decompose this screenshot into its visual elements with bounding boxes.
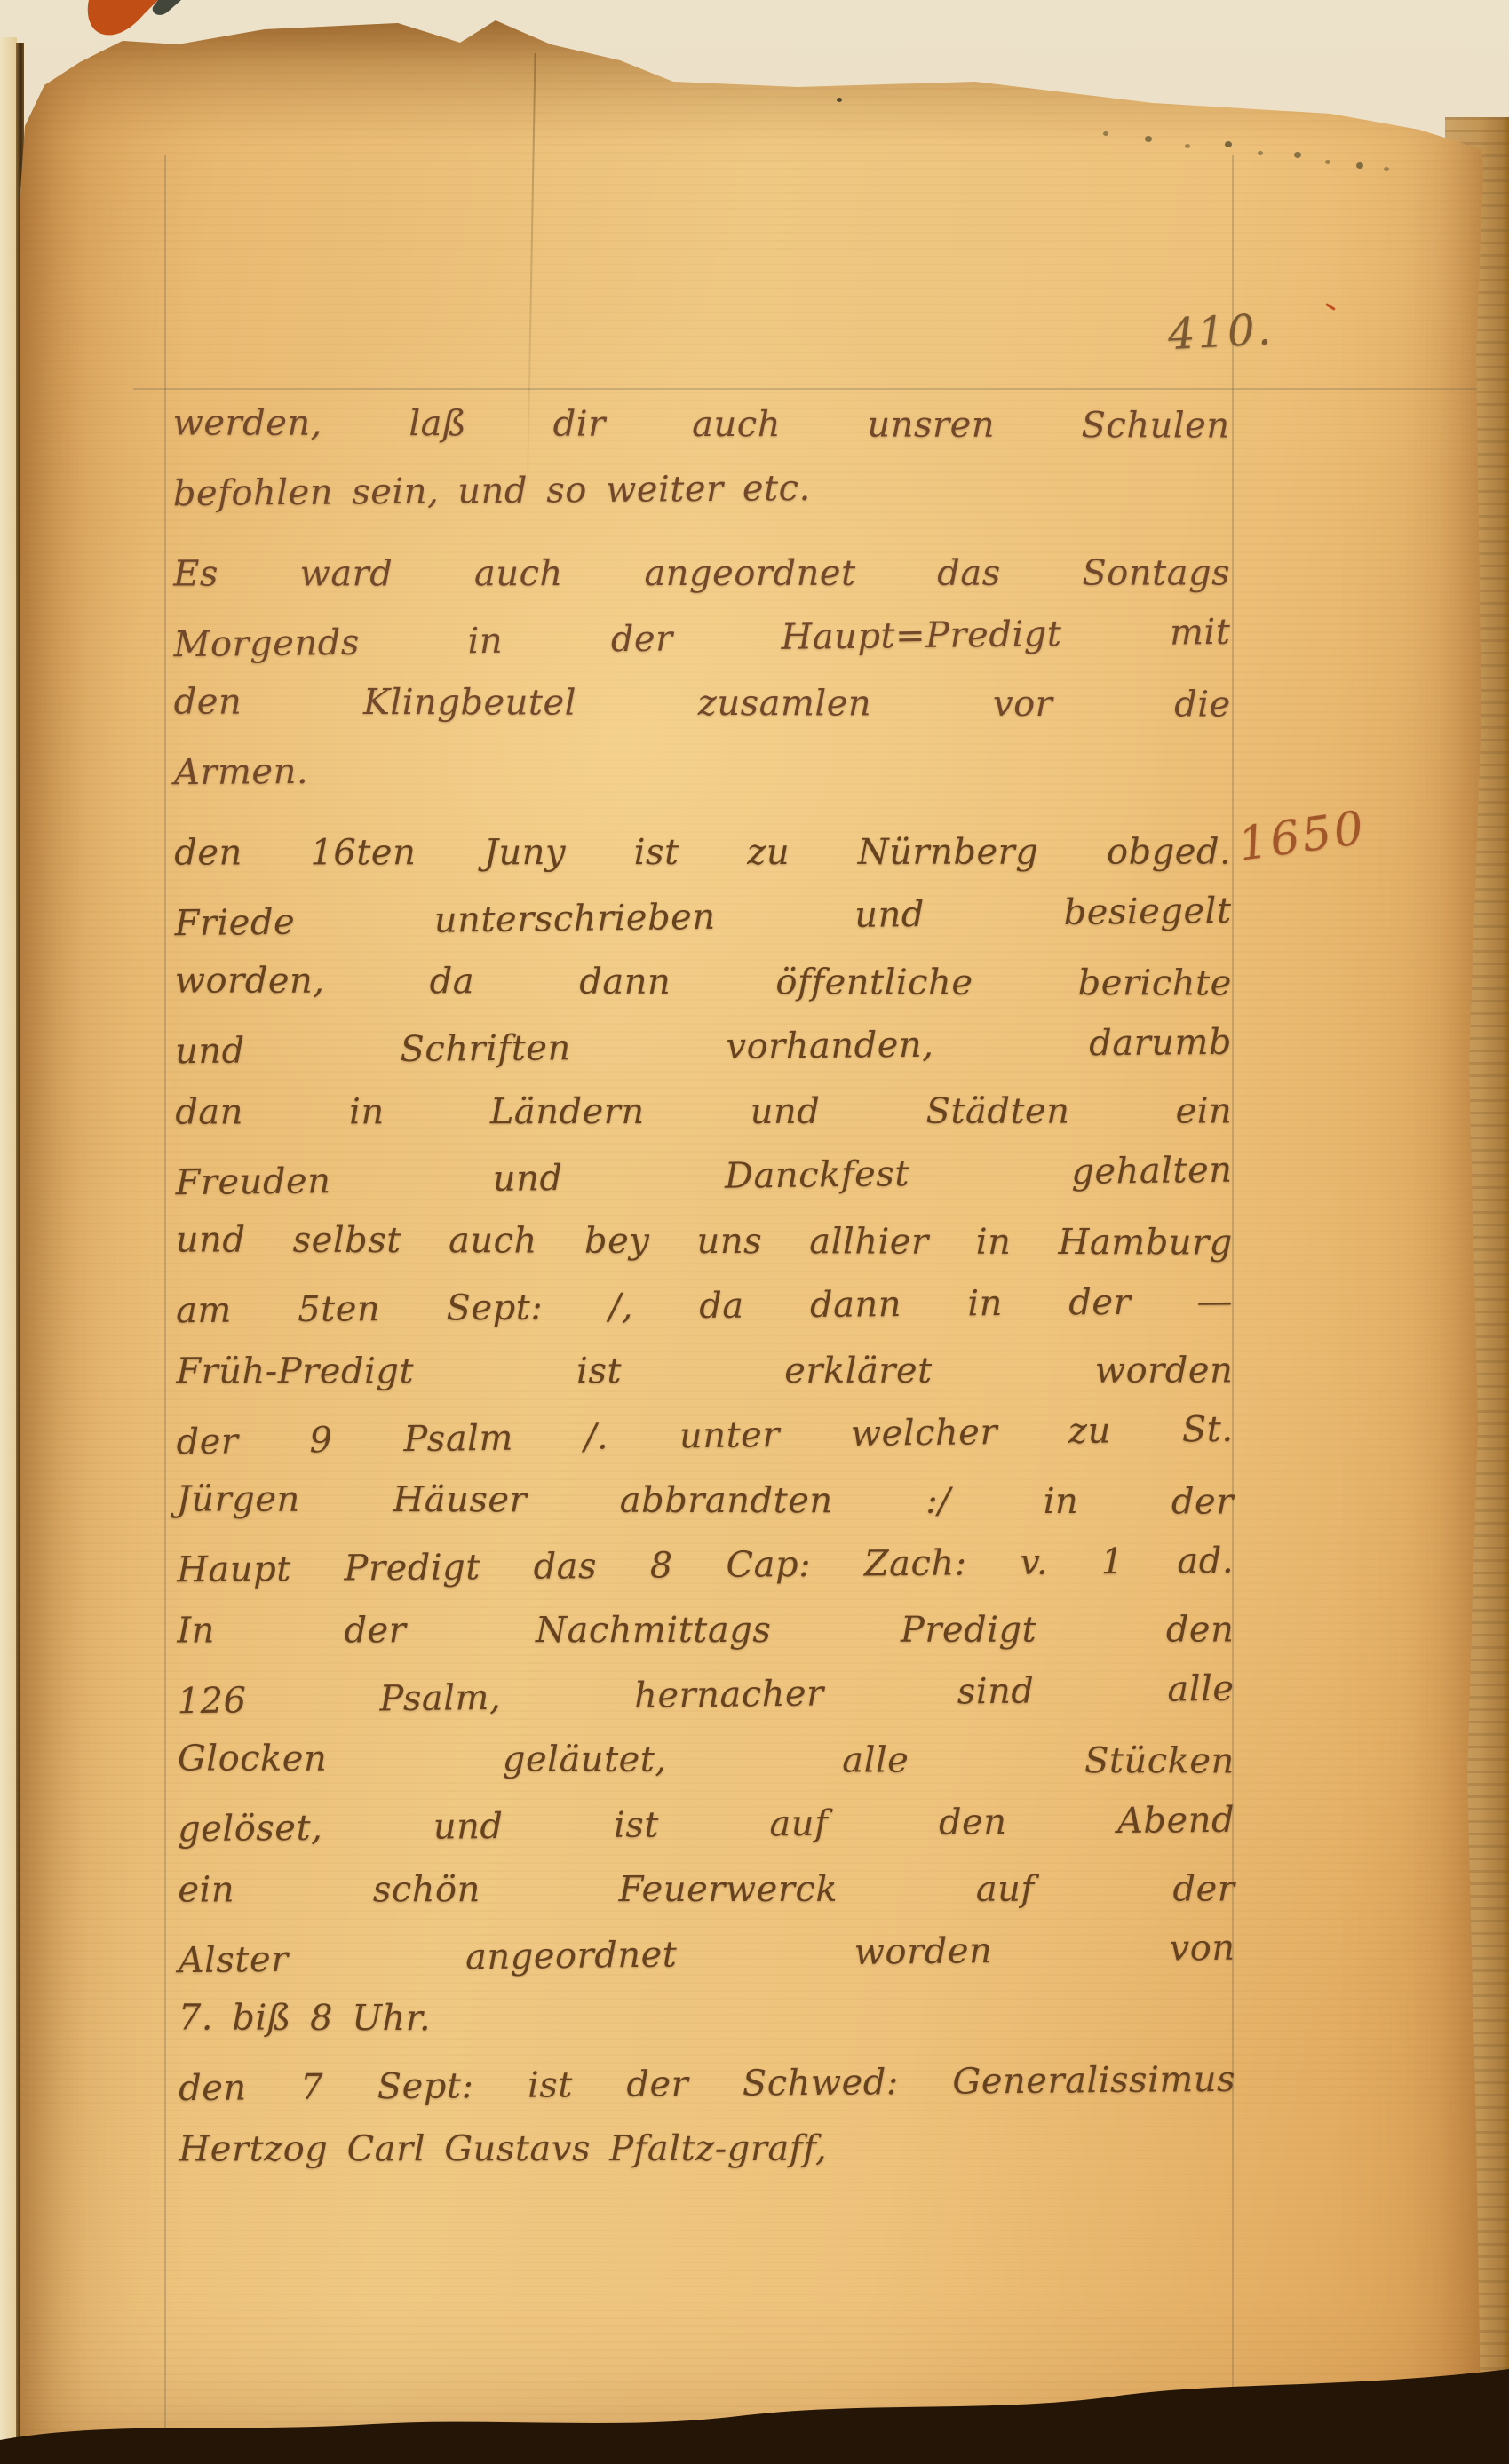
bookmark-ribbon [82, 0, 197, 46]
manuscript-line: Alster angeordnet worden von [178, 1916, 1235, 1994]
manuscript-line: und Schriften vorhanden, darumb [175, 1010, 1233, 1084]
manuscript-line: dan in Ländern und Städten ein [175, 1079, 1232, 1145]
manuscript-line: Armen. [174, 732, 1232, 805]
manuscript-line: Jürgen Häuser abbrandten :/ in der [177, 1467, 1234, 1534]
paper-debris-specks [837, 98, 842, 102]
manuscript-line: gelöset, und ist auf den Abend [178, 1788, 1235, 1862]
manuscript-line: Morgends in der Haupt=Predigt mit [173, 600, 1231, 678]
manuscript-line: am 5ten Sept: /, da dann in der — [176, 1270, 1234, 1343]
ruled-margin-line-left [164, 155, 166, 2464]
manuscript-line: 126 Psalm, hernacher sind alle [177, 1657, 1235, 1735]
manuscript-line: Freuden und Danckfest gehalten [175, 1138, 1233, 1216]
manuscript-line: und selbst auch bey uns allhier in Hambu… [176, 1208, 1233, 1275]
photographed-book-page: 410. 1650 werden, laß dir auch unsren Sc… [0, 0, 1509, 2464]
previous-page-sliver [0, 37, 17, 2464]
manuscript-line: den Klingbeutel zusamlen vor die [174, 669, 1231, 737]
page-number: 410. [1167, 305, 1275, 360]
margin-year-note: 1650 [1235, 801, 1370, 872]
manuscript-page: 410. 1650 werden, laß dir auch unsren Sc… [20, 0, 1503, 2464]
handwritten-text-block: werden, laß dir auch unsren Schulen befo… [172, 391, 1235, 2183]
manuscript-line: der 9 Psalm /. unter welcher zu St. [176, 1398, 1234, 1476]
manuscript-line: Friede unterschrieben und besiegelt [174, 879, 1232, 957]
manuscript-line: Es ward auch angeordnet das Sontags [173, 541, 1230, 606]
manuscript-line: 7. biß 8 Uhr. [179, 1985, 1235, 2053]
manuscript-line: Haupt Predigt das 8 Cap: Zach: v. 1 ad. [177, 1529, 1235, 1603]
ruled-header-line [133, 388, 1478, 390]
manuscript-line: Hertzog Carl Gustavs Pfaltz-graff, [179, 2116, 1235, 2182]
manuscript-line: werden, laß dir auch unsren Schulen [173, 391, 1230, 458]
manuscript-line: den 7 Sept: ist der Schwed: Generalissim… [179, 2048, 1236, 2121]
manuscript-line: ein schön Feuerwerck auf der [178, 1857, 1235, 1922]
manuscript-line: worden, da dann öffentliche berichte [175, 948, 1232, 1016]
manuscript-line: den 16ten Juny ist zu Nürnberg obged. [174, 820, 1231, 885]
manuscript-line: In der Nachmittags Predigt den [177, 1597, 1234, 1663]
red-ink-fleck [1325, 303, 1336, 311]
bottom-page-edges-shadow [0, 2353, 1509, 2464]
manuscript-line: Früh-Predigt ist erkläret worden [176, 1338, 1233, 1404]
manuscript-line: Glocken geläutet, alle Stücken [178, 1726, 1235, 1794]
manuscript-line: befohlen sein, und so weiter etc. [173, 453, 1231, 527]
